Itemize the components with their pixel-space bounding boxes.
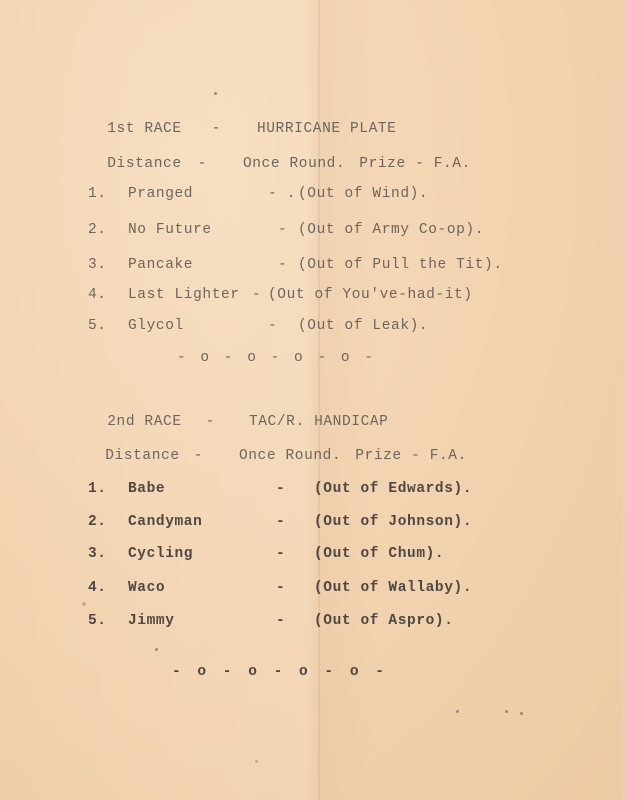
entry-dash: - (278, 257, 298, 273)
entry-horse: Waco (128, 580, 276, 596)
race-1-entry: 2.No Future-(Out of Army Co-op). (88, 222, 484, 238)
entry-sire: (Out of Chum). (314, 546, 444, 562)
entry-number: 5. (88, 613, 128, 629)
distance-label: Distance (105, 448, 179, 464)
entry-horse: Pranged (128, 186, 268, 202)
entry-horse: Last Lighter (128, 287, 252, 303)
paper-speck (214, 92, 217, 95)
entry-horse: Glycol (128, 318, 268, 334)
entry-horse: No Future (128, 222, 278, 238)
entry-number: 3. (88, 257, 128, 273)
entry-sire: (Out of Edwards). (314, 481, 472, 497)
entry-number: 1. (88, 186, 128, 202)
paper-speck (155, 648, 158, 651)
paper-speck (82, 602, 86, 606)
entry-horse: Jimmy (128, 613, 276, 629)
race-2-entry: 5.Jimmy-(Out of Aspro). (88, 613, 454, 629)
entry-sire: (Out of Army Co-op). (298, 222, 484, 238)
entry-number: 5. (88, 318, 128, 334)
race-2-title-dash: - (206, 414, 215, 430)
entry-sire: (Out of Pull the Tit). (298, 257, 503, 273)
entry-number: 1. (88, 481, 128, 497)
entry-horse: Pancake (128, 257, 278, 273)
entry-dash: - . (268, 186, 298, 202)
prize: Prize - F.A. (359, 156, 471, 172)
paper-speck (255, 760, 258, 763)
race-2-entry: 3.Cycling-(Out of Chum). (88, 546, 444, 562)
entry-dash: - (268, 318, 298, 334)
race-2-name: TAC/R. HANDICAP (249, 414, 389, 430)
paper-speck (520, 712, 523, 715)
distance-value: Once Round. (239, 448, 341, 464)
race-1-number: 1st RACE (107, 121, 181, 137)
race-2-entry: 4.Waco-(Out of Wallaby). (88, 580, 472, 596)
distance-label: Distance (107, 156, 181, 172)
entry-dash: - (276, 481, 314, 497)
distance-value: Once Round. (243, 156, 345, 172)
entry-number: 4. (88, 580, 128, 596)
race-1-entry: 3.Pancake-(Out of Pull the Tit). (88, 257, 503, 273)
distance-dash: - (198, 156, 207, 172)
entry-number: 2. (88, 222, 128, 238)
entry-dash: - (278, 222, 298, 238)
entry-dash: - (276, 546, 314, 562)
paper-speck (505, 710, 508, 713)
entry-sire: (Out of Wallaby). (314, 580, 472, 596)
race-2-entry: 1.Babe-(Out of Edwards). (88, 481, 472, 497)
race-1-entry: 4.Last Lighter-(Out of You've-had-it) (88, 287, 473, 303)
entry-number: 2. (88, 514, 128, 530)
entry-sire: (Out of Johnson). (314, 514, 472, 530)
race-2-distance-line: Distance-Once Round.Prize - F.A. (68, 432, 467, 480)
entry-number: 3. (88, 546, 128, 562)
race-2-entry: 2.Candyman-(Out of Johnson). (88, 514, 472, 530)
race-1-distance-line: Distance-Once Round.Prize - F.A. (70, 140, 471, 188)
entry-sire: (Out of Wind). (298, 186, 428, 202)
distance-dash: - (194, 448, 203, 464)
entry-dash: - (276, 514, 314, 530)
race-1-title-dash: - (212, 121, 221, 137)
entry-sire: (Out of You've-had-it) (268, 287, 473, 303)
race-1-name: HURRICANE PLATE (257, 121, 397, 137)
entry-number: 4. (88, 287, 128, 303)
paper-edge (621, 0, 627, 800)
entry-dash: - (276, 580, 314, 596)
entry-horse: Cycling (128, 546, 276, 562)
entry-dash: - (252, 287, 268, 303)
race-1-entry: 1.Pranged- .(Out of Wind). (88, 186, 428, 202)
entry-sire: (Out of Aspro). (314, 613, 454, 629)
race-2-number: 2nd RACE (107, 414, 181, 430)
paper-speck (456, 710, 459, 713)
entry-horse: Candyman (128, 514, 276, 530)
section-separator: - o - o - o - o - (172, 664, 388, 680)
prize: Prize - F.A. (355, 448, 467, 464)
race-1-entry: 5.Glycol-(Out of Leak). (88, 318, 428, 334)
section-separator: - o - o - o - o - (177, 350, 376, 366)
entry-dash: - (276, 613, 314, 629)
entry-horse: Babe (128, 481, 276, 497)
entry-sire: (Out of Leak). (298, 318, 428, 334)
